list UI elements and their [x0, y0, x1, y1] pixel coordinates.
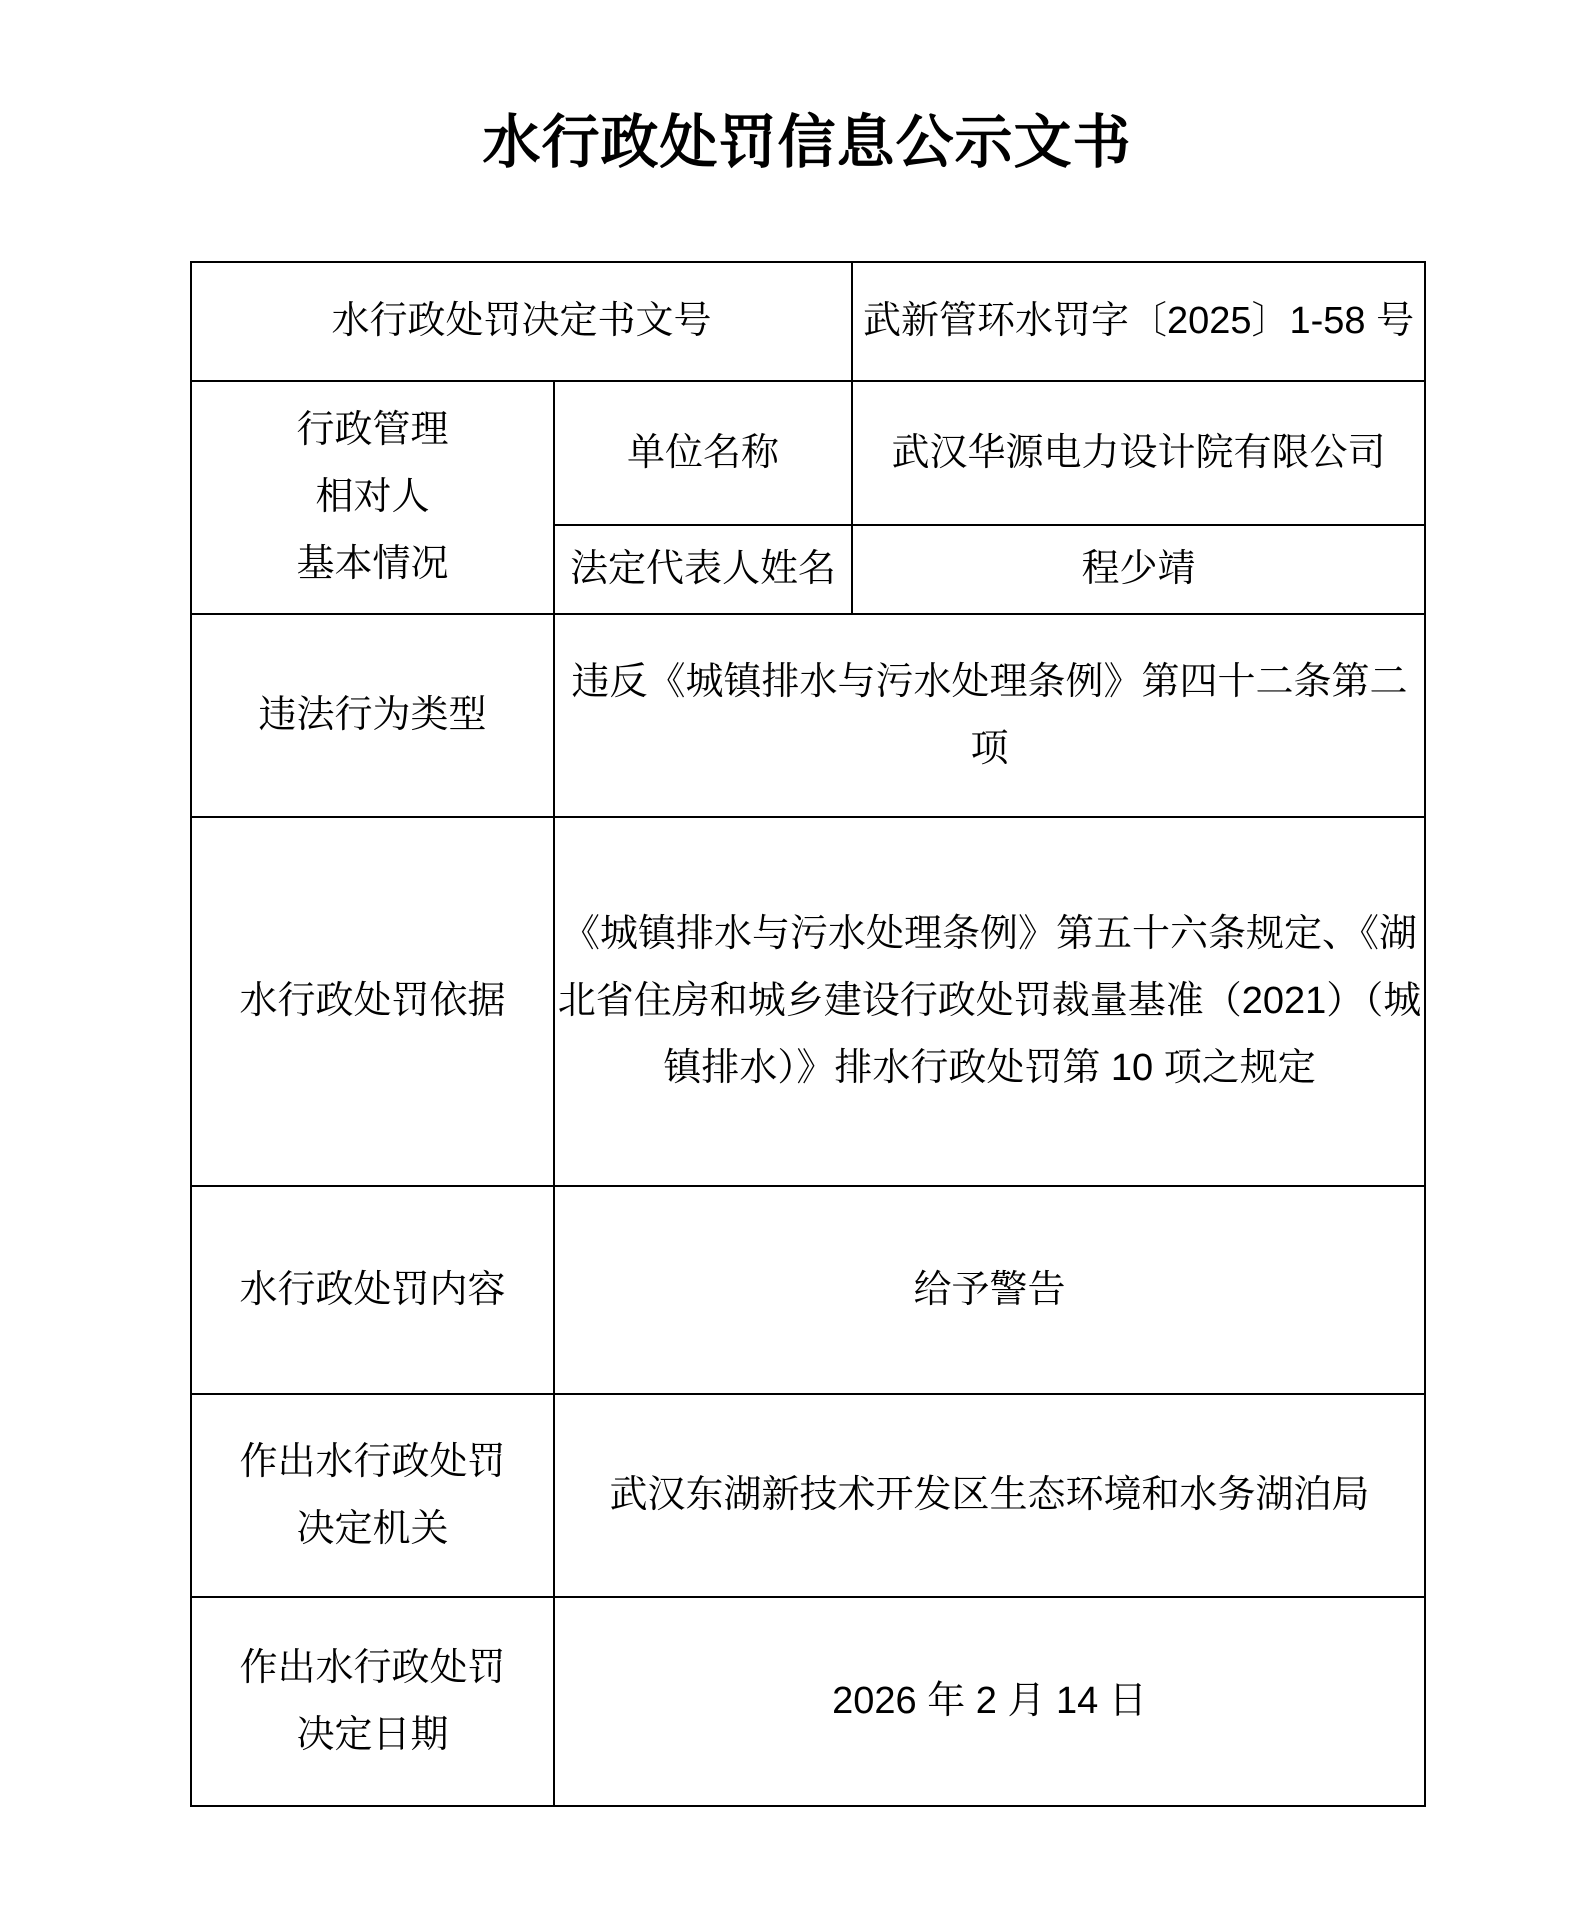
row-decision-date: 作出水行政处罚 决定日期 2026 年 2 月 14 日 [191, 1597, 1425, 1806]
row-penalty-content: 水行政处罚内容 给予警告 [191, 1186, 1425, 1394]
violation-type-label: 违法行为类型 [191, 614, 554, 817]
row-decision-authority: 作出水行政处罚 决定机关 武汉东湖新技术开发区生态环境和水务湖泊局 [191, 1394, 1425, 1597]
penalty-basis-label: 水行政处罚依据 [191, 817, 554, 1186]
legal-rep-label: 法定代表人姓名 [554, 525, 852, 614]
penalty-content-label: 水行政处罚内容 [191, 1186, 554, 1394]
penalty-disclosure-page: { "document": { "title": "水行政处罚信息公示文书" }… [0, 0, 1587, 1927]
decision-date-label: 作出水行政处罚 决定日期 [191, 1597, 554, 1806]
penalty-info-table: 水行政处罚决定书文号 武新管环水罚字〔2025〕1-58 号 行政管理 相对人 … [190, 261, 1426, 1807]
legal-rep-value: 程少靖 [852, 525, 1425, 614]
row-penalty-basis: 水行政处罚依据 《城镇排水与污水处理条例》第五十六条规定、《湖 北省住房和城乡建… [191, 817, 1425, 1186]
doc-number-label: 水行政处罚决定书文号 [191, 262, 852, 381]
doc-number-value: 武新管环水罚字〔2025〕1-58 号 [852, 262, 1425, 381]
row-violation-type: 违法行为类型 违反《城镇排水与污水处理条例》第四十二条第二 项 [191, 614, 1425, 817]
penalty-content-value: 给予警告 [554, 1186, 1425, 1394]
row-doc-number: 水行政处罚决定书文号 武新管环水罚字〔2025〕1-58 号 [191, 262, 1425, 381]
document-title: 水行政处罚信息公示文书 [190, 106, 1424, 180]
unit-name-value: 武汉华源电力设计院有限公司 [852, 381, 1425, 525]
row-unit-name: 行政管理 相对人 基本情况 单位名称 武汉华源电力设计院有限公司 [191, 381, 1425, 525]
unit-name-label: 单位名称 [554, 381, 852, 525]
decision-authority-label: 作出水行政处罚 决定机关 [191, 1394, 554, 1597]
party-group-label: 行政管理 相对人 基本情况 [191, 381, 554, 614]
decision-authority-value: 武汉东湖新技术开发区生态环境和水务湖泊局 [554, 1394, 1425, 1597]
penalty-basis-value: 《城镇排水与污水处理条例》第五十六条规定、《湖 北省住房和城乡建设行政处罚裁量基… [554, 817, 1425, 1186]
decision-date-value: 2026 年 2 月 14 日 [554, 1597, 1425, 1806]
violation-type-value: 违反《城镇排水与污水处理条例》第四十二条第二 项 [554, 614, 1425, 817]
